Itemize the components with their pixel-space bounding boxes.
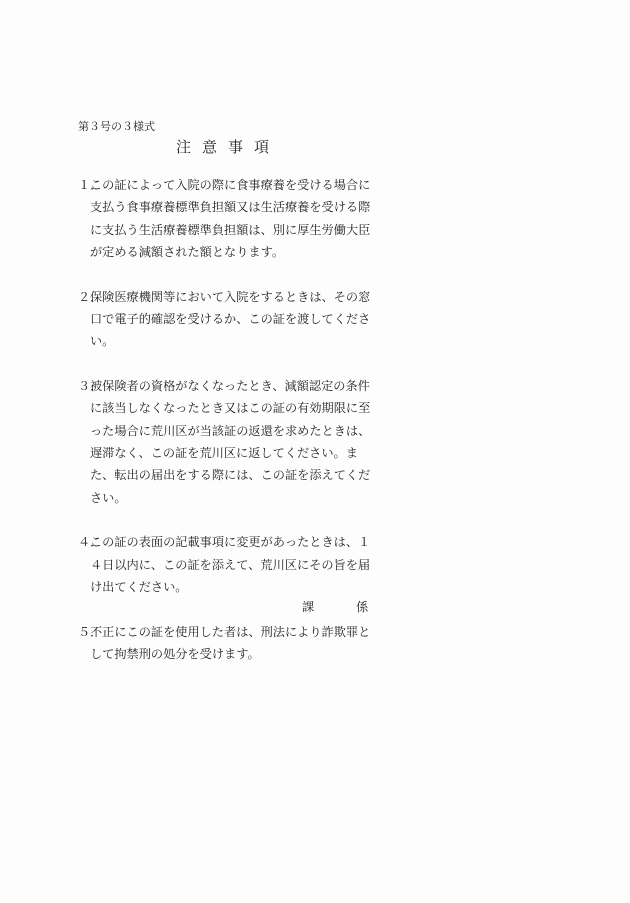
stamp-staff-label: 係	[356, 598, 368, 615]
note-number: ５．	[78, 621, 90, 643]
note-text: この証によって入院の際に食事療養を受ける場合に支払う食事療養標準負担額又は生活療…	[90, 178, 370, 259]
title-char: 注	[176, 136, 202, 157]
page-title: 注意事項	[176, 136, 280, 157]
note-number: １．	[78, 174, 90, 196]
note-number: ２．	[78, 286, 90, 308]
note-text: 被保険者の資格がなくなったとき、減額認定の条件に該当しなくなったとき又はこの証の…	[90, 379, 370, 505]
note-number: ４．	[78, 531, 90, 553]
note-number: ３．	[78, 375, 90, 397]
stamp-section-label: 課	[302, 598, 314, 615]
note-item: ５．不正にこの証を使用した者は、刑法により詐欺罪として拘禁刑の処分を受けます。	[78, 621, 378, 666]
note-text: 保険医療機関等において入院をするときは、その窓口で電子的確認を受けるか、この証を…	[90, 290, 370, 349]
note-text: この証の表面の記載事項に変更があったときは、１４日以内に、この証を添えて、荒川区…	[90, 535, 370, 594]
form-number: 第３号の３様式	[78, 118, 155, 134]
note-item: １．この証によって入院の際に食事療養を受ける場合に支払う食事療養標準負担額又は生…	[78, 174, 378, 264]
title-char: 意	[202, 136, 228, 157]
note-item: ３．被保険者の資格がなくなったとき、減額認定の条件に該当しなくなったとき又はこの…	[78, 375, 378, 509]
title-char: 事	[228, 136, 254, 157]
title-char: 項	[254, 136, 280, 157]
notes-list: １．この証によって入院の際に食事療養を受ける場合に支払う食事療養標準負担額又は生…	[78, 174, 378, 687]
note-text: 不正にこの証を使用した者は、刑法により詐欺罪として拘禁刑の処分を受けます。	[90, 625, 370, 661]
note-item: ２．保険医療機関等において入院をするときは、その窓口で電子的確認を受けるか、この…	[78, 286, 378, 353]
note-item: ４．この証の表面の記載事項に変更があったときは、１４日以内に、この証を添えて、荒…	[78, 531, 378, 598]
